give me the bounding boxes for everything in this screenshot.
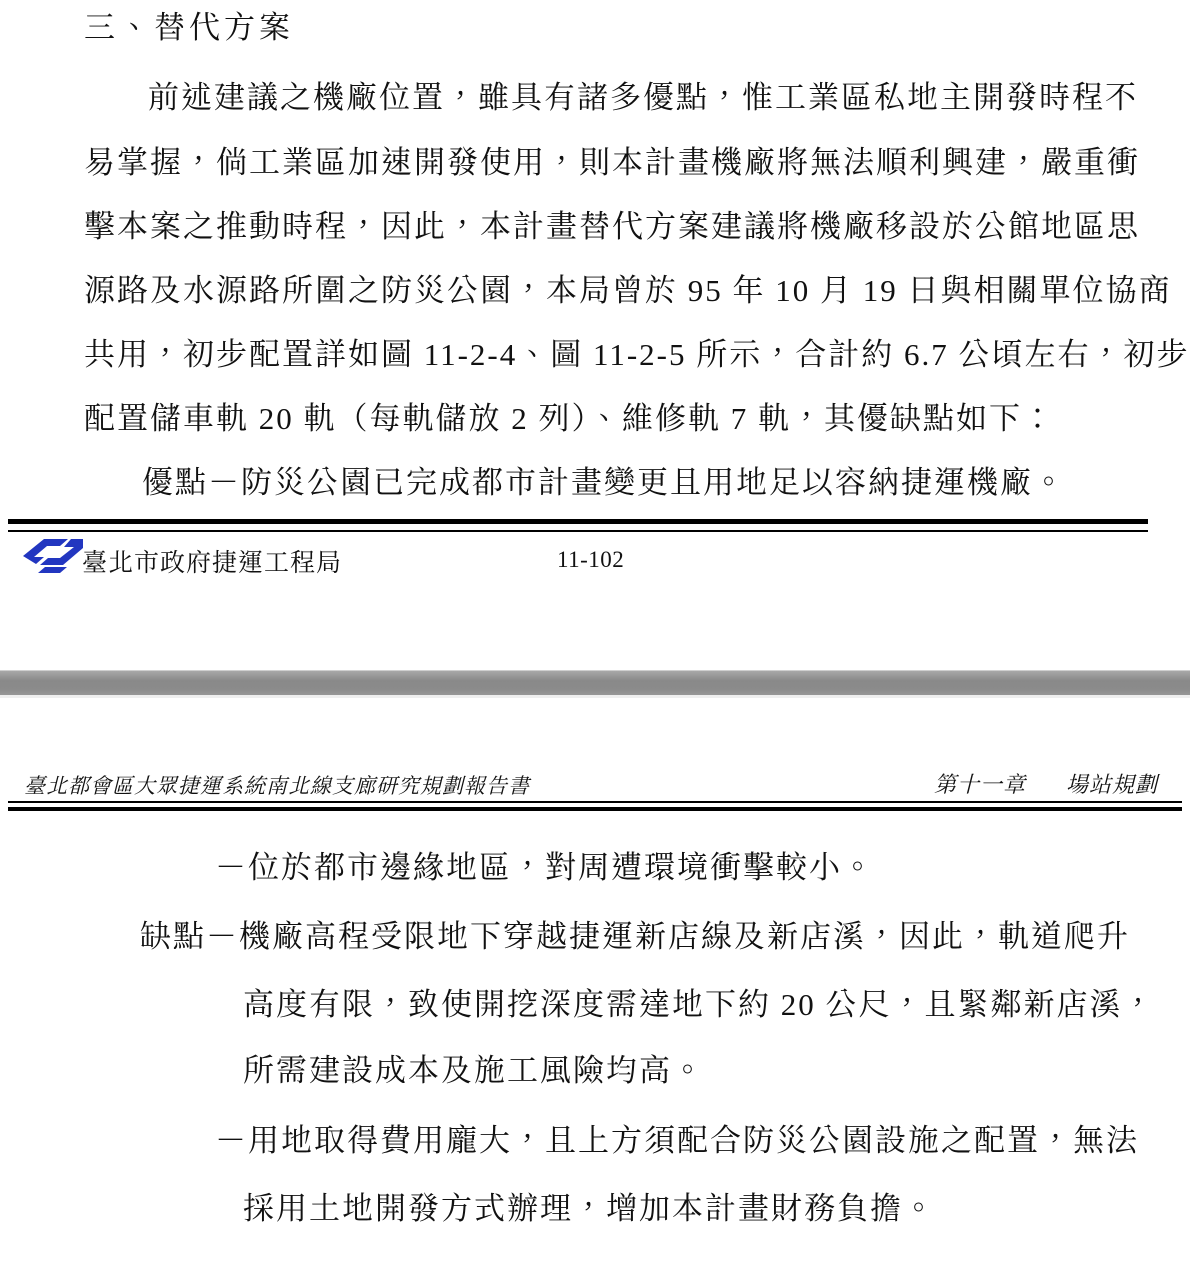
page-number: 11-102	[557, 547, 624, 573]
section-heading: 三、替代方案	[84, 12, 294, 43]
header-rule-thin	[8, 801, 1182, 803]
chapter-label: 第十一章	[934, 768, 1026, 799]
body-line: 缺點－機廠高程受限地下穿越捷運新店線及新店溪，因此，軌道爬升	[140, 921, 1130, 952]
body-line: 高度有限，致使開挖深度需達地下約 20 公尺，且緊鄰新店溪，	[243, 989, 1156, 1020]
body-line: 所需建設成本及施工風險均高。	[243, 1055, 705, 1086]
paragraph-line: 易掌握，倘工業區加速開發使用，則本計畫機廠將無法順利興建，嚴重衝	[84, 147, 1140, 178]
paragraph-line: 擊本案之推動時程，因此，本計畫替代方案建議將機廠移設於公館地區思	[84, 211, 1140, 242]
paragraph-line: 共用，初步配置詳如圖 11-2-4、圖 11-2-5 所示，合計約 6.7 公頃…	[84, 339, 1190, 370]
report-title: 臺北都會區大眾捷運系統南北線支廊研究規劃報告書	[24, 770, 530, 800]
body-line: －位於都市邊緣地區，對周遭環境衝擊較小。	[215, 852, 875, 883]
body-line: 採用土地開發方式辦理，增加本計畫財務負擔。	[243, 1193, 936, 1224]
paragraph-line: 配置儲車軌 20 軌（每軌儲放 2 列）、維修軌 7 軌，其優缺點如下：	[84, 403, 1055, 434]
document-page-view: 三、替代方案 前述建議之機廠位置，雖具有諸多優點，惟工業區私地主開發時程不 易掌…	[0, 0, 1190, 1280]
advantage-line: 優點－防災公園已完成都市計畫變更且用地足以容納捷運機廠。	[142, 467, 1066, 498]
footer-rule-thin	[8, 530, 1148, 532]
footer-rule-thick	[8, 519, 1148, 524]
dorts-logo	[22, 535, 84, 577]
page-divider	[0, 670, 1190, 698]
chapter-title: 場站規劃	[1066, 768, 1158, 799]
header-rule-thick	[8, 807, 1182, 811]
paragraph-line: 源路及水源路所圍之防災公園，本局曾於 95 年 10 月 19 日與相關單位協商	[84, 275, 1172, 306]
body-line: －用地取得費用龐大，且上方須配合防災公園設施之配置，無法	[215, 1125, 1139, 1156]
paragraph-line: 前述建議之機廠位置，雖具有諸多優點，惟工業區私地主開發時程不	[148, 82, 1138, 113]
chapter-heading: 第十一章 場站規劃	[934, 768, 1158, 799]
agency-name: 臺北市政府捷運工程局	[82, 543, 342, 579]
